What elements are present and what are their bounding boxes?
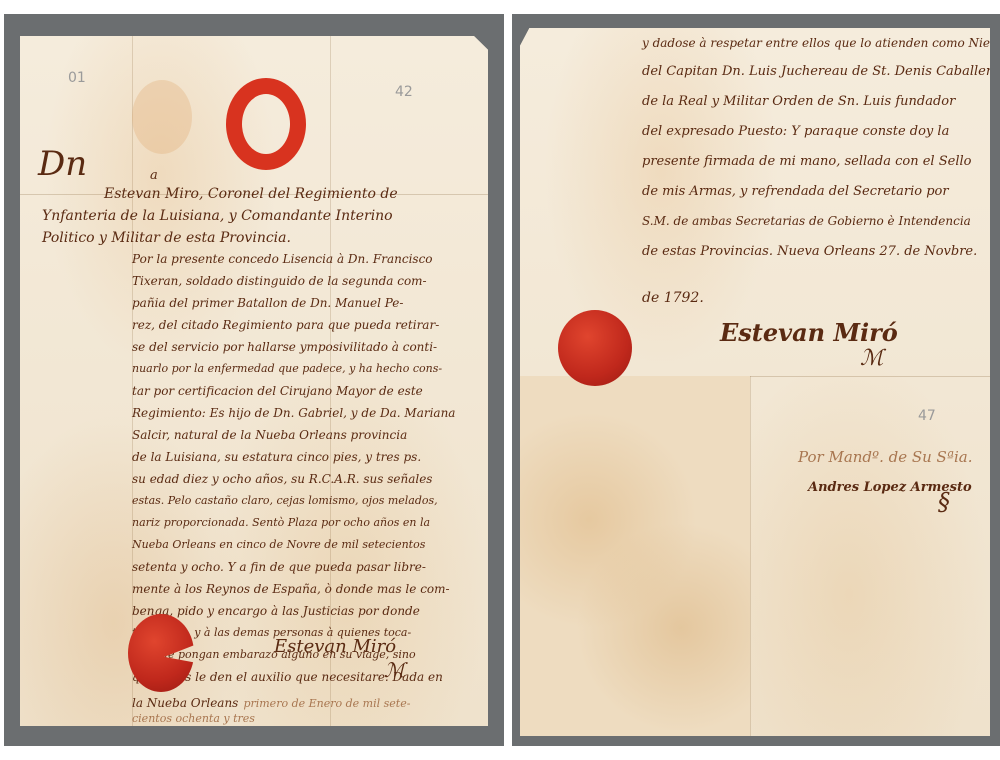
page-number-pencil: 47 [918, 408, 936, 424]
broken-wax-seal-icon [226, 78, 306, 170]
fold-line [750, 376, 751, 736]
text-line: nariz proporcionada. Sentò Plaza por och… [132, 516, 430, 529]
text-line: presente firmada de mi mano, sellada con… [642, 154, 971, 169]
signature: Estevan Miró [274, 636, 396, 657]
text-line: de la Real y Militar Orden de Sn. Luis f… [642, 94, 955, 109]
text-line: a [150, 168, 158, 183]
text-line: de mis Armas, y refrendada del Secretari… [642, 184, 949, 199]
rubric-flourish-icon: ℳ [860, 346, 884, 371]
text-line: pañia del primer Batallon de Dn. Manuel … [132, 296, 403, 310]
rubric-flourish-icon: § [938, 488, 950, 516]
text-line: del Capitan Dn. Luis Juchereau de St. De… [642, 64, 1000, 79]
fold-line [132, 36, 133, 726]
text-line: la Nueba Orleans [132, 696, 238, 710]
text-line: S.M. de ambas Secretarias de Gobierno è … [642, 214, 971, 228]
text-line: de la Luisiana, su estatura cinco pies, … [132, 450, 421, 464]
faded-date-text: cientos ochenta y tres [132, 712, 255, 725]
text-line: Ynfanteria de la Luisiana, y Comandante … [42, 208, 393, 224]
text-line: setenta y ocho. Y a fin de que pueda pas… [132, 560, 426, 574]
text-line: se del servicio por hallarse ymposivilit… [132, 340, 437, 354]
text-line: Nueba Orleans en cinco de Novre de mil s… [132, 538, 425, 551]
countersign-line: Por Mandº. de Su Sªia. [798, 448, 972, 466]
text-line: Regimiento: Es hijo de Dn. Gabriel, y de… [132, 406, 455, 420]
text-line: y dadose à respetar entre ellos que lo a… [642, 36, 1000, 50]
text-line: Estevan Miro, Coronel del Regimiento de [104, 186, 398, 202]
text-line: de 1792. [642, 290, 704, 306]
text-line: del expresado Puesto: Y paraque conste d… [642, 124, 949, 139]
text-line: tar por certificacion del Cirujano Mayor… [132, 384, 423, 398]
stained-lower-panel [520, 376, 750, 736]
faded-date-text: primero de Enero de mil sete- [243, 697, 410, 710]
text-line: rez, del citado Regimiento para que pued… [132, 318, 439, 332]
pencil-mark: 01 [68, 70, 86, 86]
text-line: de estas Provincias. Nueva Orleans 27. d… [642, 244, 977, 259]
date-line: la Nueba Orleans primero de Enero de mil… [132, 692, 410, 711]
text-line: Por la presente concedo Lisencia à Dn. F… [132, 252, 433, 266]
text-line: benga, pido y encargo à las Justicias po… [132, 604, 420, 618]
text-line: estas. Pelo castaño claro, cejas lomismo… [132, 494, 438, 507]
salutation-initial: Dn [38, 144, 87, 184]
wax-seal-icon [558, 310, 632, 386]
text-line: Politico y Militar de esta Provincia. [42, 230, 291, 246]
text-line: Salcir, natural de la Nueba Orleans prov… [132, 428, 407, 442]
signature: Estevan Miró [720, 318, 898, 347]
rubric-flourish-icon: ℳ [384, 658, 405, 682]
text-line: Tixeran, soldado distinguido de la segun… [132, 274, 427, 288]
text-line: mente à los Reynos de España, ò donde ma… [132, 582, 450, 596]
stain [132, 80, 192, 154]
page-number-pencil: 42 [395, 84, 413, 100]
left-manuscript-page: 01 42 Dn a Estevan Miro, Coronel del Reg… [20, 36, 488, 726]
text-line: nuarlo por la enfermedad que padece, y h… [132, 362, 442, 375]
text-line: su edad diez y ocho años, su R.C.A.R. su… [132, 472, 432, 486]
fold-line [330, 36, 331, 726]
right-photo-panel: y dadose à respetar entre ellos que lo a… [512, 14, 1000, 746]
left-photo-panel: 01 42 Dn a Estevan Miro, Coronel del Reg… [4, 14, 504, 746]
